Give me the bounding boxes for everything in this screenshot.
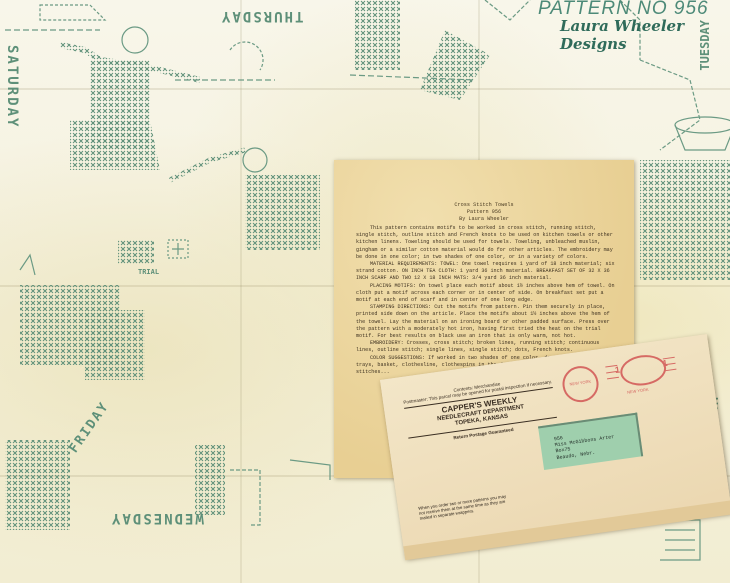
sheet-heading-author: By Laura Wheeler <box>334 216 634 222</box>
meter-wave <box>664 369 676 372</box>
day-label-saturday: SATURDAY <box>4 45 20 128</box>
day-label-thursday: THURSDAY <box>220 8 303 24</box>
postmark-text: NEW YORK <box>564 378 596 387</box>
sheet-paragraph: MATERIAL REQUIREMENTS: TOWEL: One towel … <box>356 261 616 283</box>
day-label-wednesday: WEDNESDAY <box>110 510 204 526</box>
meter-oval <box>618 352 668 388</box>
sheet-heading-pattern: Pattern 956 <box>334 209 634 215</box>
sheet-paragraph: PLACING MOTIFS: On towel place each moti… <box>356 283 616 305</box>
sheet-heading-title: Cross Stitch Towels <box>334 202 634 208</box>
meter-value-left: 1 <box>614 365 620 376</box>
trial-label: TRIAL <box>138 268 159 276</box>
sheet-paragraph: This pattern contains motifs to be worke… <box>356 225 616 261</box>
meter-value-right: 1 <box>662 358 668 369</box>
day-label-tuesday: TUESDAY <box>698 20 712 71</box>
sheet-paragraph: STAMPING DIRECTIONS: Cut the motifs from… <box>356 304 616 340</box>
meter-wave <box>607 377 619 380</box>
photo-scene: PATTERN NO 956 Laura Wheeler Designs SAT… <box>0 0 730 583</box>
